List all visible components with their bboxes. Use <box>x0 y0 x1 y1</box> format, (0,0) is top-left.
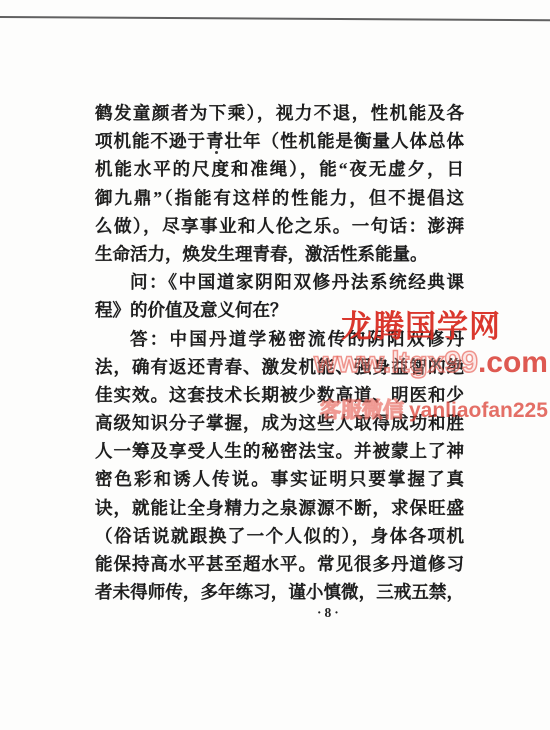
scan-edge-line <box>0 16 550 21</box>
text-line: 项机能不逊于青壮年（性机能是衡量人体总体 <box>95 127 464 155</box>
watermark-url-hollow: www.ltgx99 <box>314 346 478 379</box>
text-line: 者未得师传，多年练习，谨小慎微，三戒五禁， <box>95 578 464 606</box>
text-line: 么做），尽享事业和人伦之乐。一句话：澎湃 <box>95 212 464 240</box>
text-line: 问：《中国道家阴阳双修丹法系统经典课 <box>95 268 464 296</box>
watermark-contact: 客服微信yanliaofan225 <box>320 394 548 424</box>
page-number: ·8· <box>317 605 342 621</box>
watermark-url: www.ltgx99.com <box>314 346 548 380</box>
text-line: 御九鼎”（指能有这样的性能力，但不提倡这 <box>95 184 464 212</box>
text-line: 机能水平的尺度和准绳），能“夜无虚夕，日 <box>95 155 464 183</box>
watermark-contact-hollow: 客服微信 <box>320 399 404 422</box>
scanned-book-page: { "document": { "lines": [ { "t": "鹤发童颜者… <box>0 0 550 730</box>
text-line: 诀，就能让全身精力之泉源源不断，求保旺盛 <box>95 494 464 522</box>
text-line: 能保持高水平甚至超水平。常见很多丹道修习 <box>95 550 464 578</box>
watermark-contact-solid: yanliaofan225 <box>409 399 548 422</box>
text-line: 人一筹及享受人生的秘密法宝。并被蒙上了神 <box>95 437 464 465</box>
text-line: 鹤发童颜者为下乘），视力不退，性机能及各 <box>95 99 464 127</box>
emphasis-dot <box>215 151 218 154</box>
watermark-site-name: 龙腾国学网 <box>341 301 501 346</box>
text-line: 密色彩和诱人传说。事实证明只要掌握了真 <box>95 465 464 493</box>
text-line: 生命活力，焕发生理青春，激活性系能量。 <box>95 240 464 268</box>
text-line: （俗话说就跟换了一个人似的），身体各项机 <box>95 522 464 550</box>
watermark-url-solid: .com <box>478 346 548 379</box>
